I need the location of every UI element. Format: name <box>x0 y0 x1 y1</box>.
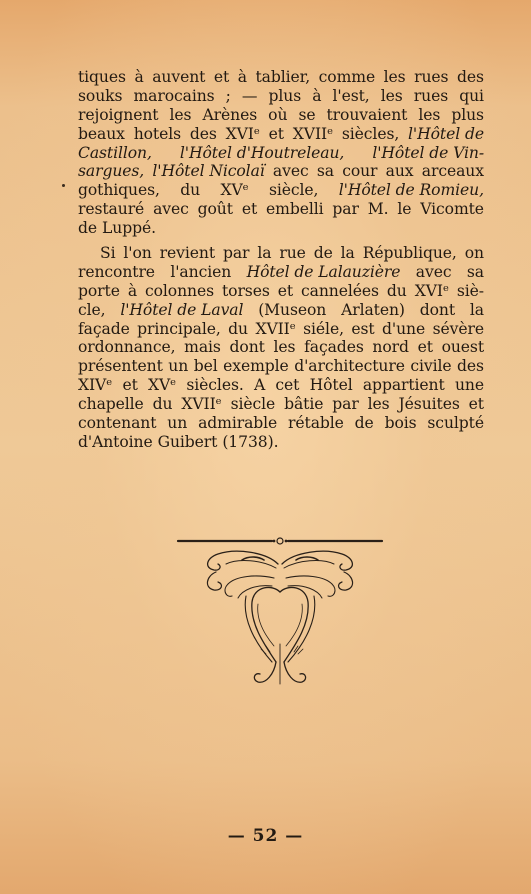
text-line: façadeprincipale,duXVIIᵉsiéle,estd'unesé… <box>78 320 484 339</box>
page-number: — 52 — <box>0 826 531 846</box>
word: sa <box>467 263 484 282</box>
word: siècle <box>231 395 276 414</box>
word: les <box>381 87 403 106</box>
word: sa <box>317 162 334 181</box>
word: Jésuites <box>399 395 460 414</box>
italic-word: Castillon, <box>78 144 152 163</box>
word: présentent <box>78 357 163 376</box>
word: un <box>167 414 187 433</box>
word: Guibert <box>158 433 218 452</box>
ink-speck <box>62 184 65 187</box>
word: Arènes <box>202 106 257 125</box>
text-line: sargues,l'Hôtel Nicolaïavecsacourauxarce… <box>78 162 484 181</box>
word: aux <box>386 162 414 181</box>
italic-word: l'Hôtel de Romieu, <box>339 181 484 200</box>
word: et <box>122 376 137 395</box>
book-page: tiquesàauventetàtablier,commelesruesdess… <box>0 0 531 894</box>
word: sculpté <box>427 414 484 433</box>
text-line: cle,l'Hôtel de Laval(MuseonArlaten)dontl… <box>78 301 484 320</box>
word: goût <box>198 200 233 219</box>
word: la <box>470 301 484 320</box>
text-line: beauxhotelsdesXVIᵉetXVIIᵉsiècles,l'Hôtel… <box>78 125 484 144</box>
text-line: rejoignentlesArènesoùsetrouvaientlesplus <box>78 106 484 125</box>
word: Luppé. <box>102 219 156 238</box>
text-line: présententunbelexempled'architecturecivi… <box>78 357 484 376</box>
word: XVIIᵉ <box>181 395 221 414</box>
word: XVᵉ <box>148 376 176 395</box>
word: tablier, <box>255 68 310 87</box>
word: embelli <box>266 200 324 219</box>
word: M. <box>368 200 389 219</box>
word: de <box>314 244 333 263</box>
word: XIVᵉ <box>78 376 112 395</box>
word: ordonnance, <box>78 338 175 357</box>
italic-word: Hôtel de Lalauzière <box>247 263 401 282</box>
italic-word: l'Hôtel de Vin- <box>372 144 484 163</box>
word: se <box>298 106 315 125</box>
word: auvent <box>152 68 205 87</box>
word: des <box>190 125 217 144</box>
italic-word: l'Hôtel de Laval <box>120 301 243 320</box>
word: mais <box>184 338 221 357</box>
paragraph: Sil'onrevientparlaruedelaRépublique,onre… <box>78 244 484 452</box>
italic-word: sargues, <box>78 162 144 181</box>
word: marocains <box>133 87 214 106</box>
word: la <box>257 244 271 263</box>
text-line: ordonnance,maisdontlesfaçadesnordetouest <box>78 338 484 357</box>
word: de <box>78 219 97 238</box>
word: qui <box>459 87 484 106</box>
word: du <box>387 282 407 301</box>
word: bâtie <box>284 395 323 414</box>
text-line: deLuppé. <box>78 219 484 238</box>
word: A <box>254 376 265 395</box>
text-line: porteàcolonnestorsesetcanneléesduXVIᵉsiè… <box>78 282 484 301</box>
word: Arlaten) <box>341 301 405 320</box>
word: à <box>312 87 321 106</box>
word: XVIIᵉ <box>255 320 295 339</box>
word: ; <box>226 87 231 106</box>
word: l'est, <box>333 87 370 106</box>
word: sévère <box>433 320 484 339</box>
word: dont <box>230 338 265 357</box>
word: et <box>242 200 257 219</box>
text-line: gothiques,duXVᵉsiècle,l'Hôtel de Romieu, <box>78 181 484 200</box>
word: souks <box>78 87 122 106</box>
word: les <box>170 106 192 125</box>
word: et <box>418 338 433 357</box>
word: façade <box>78 320 130 339</box>
word: nord <box>372 338 408 357</box>
word: d'architecture <box>294 357 405 376</box>
word: Si <box>100 244 115 263</box>
word: par <box>223 244 249 263</box>
word: plus <box>451 106 484 125</box>
word: XVIIᵉ <box>293 125 333 144</box>
word: siè- <box>457 282 484 301</box>
word: (Museon <box>258 301 326 320</box>
word: colonnes <box>145 282 214 301</box>
word: du <box>180 181 200 200</box>
word: restauré <box>78 200 144 219</box>
word: rencontre <box>78 263 155 282</box>
word: siècles, <box>342 125 399 144</box>
word: trouvaient <box>327 106 408 125</box>
italic-word: l'Hôtel d'Houtreleau, <box>180 144 344 163</box>
text-line: tiquesàauventetàtablier,commelesruesdes <box>78 68 484 87</box>
word: une <box>455 376 484 395</box>
word: des <box>457 68 484 87</box>
word: d'Antoine <box>78 433 153 452</box>
word: l'on <box>123 244 151 263</box>
body-text: tiquesàauventetàtablier,commelesruesdess… <box>78 68 484 452</box>
word: rues <box>414 87 448 106</box>
word: XVIᵉ <box>226 125 260 144</box>
word: les <box>368 395 390 414</box>
word: le <box>397 200 411 219</box>
text-line: Sil'onrevientparlaruedelaRépublique,on <box>78 244 484 263</box>
text-line: d'AntoineGuibert(1738). <box>78 433 484 452</box>
paragraph: tiquesàauventetàtablier,commelesruesdess… <box>78 68 484 238</box>
text-line: Castillon,l'Hôtel d'Houtreleau,l'Hôtel d… <box>78 144 484 163</box>
word: bel <box>194 357 218 376</box>
word: les <box>384 68 406 87</box>
text-line: restauréavecgoûtetembelliparM.leVicomte <box>78 200 484 219</box>
word: et <box>269 125 284 144</box>
word: la <box>341 244 355 263</box>
word: cannelées <box>301 282 379 301</box>
word: à <box>128 282 137 301</box>
word: XVIᵉ <box>415 282 449 301</box>
word: appartient <box>363 376 445 395</box>
word: revient <box>160 244 215 263</box>
word: contenant <box>78 414 156 433</box>
word: où <box>268 106 287 125</box>
word: à <box>238 68 247 87</box>
word: et <box>278 282 293 301</box>
word: façades <box>304 338 364 357</box>
word: avec <box>416 263 452 282</box>
text-line: XIVᵉetXVᵉsiècles.AcetHôtelappartientune <box>78 376 484 395</box>
fleuron-ornament-icon <box>176 534 384 694</box>
word: avec <box>273 162 309 181</box>
word: République, <box>363 244 457 263</box>
word: plus <box>269 87 302 106</box>
word: des <box>457 357 484 376</box>
word: un <box>168 357 188 376</box>
word: Vicomte <box>420 200 484 219</box>
italic-word: l'Hôtel Nicolaï <box>152 162 264 181</box>
word: rue <box>279 244 305 263</box>
word: et <box>469 395 484 414</box>
word: du <box>228 320 248 339</box>
word: rejoignent <box>78 106 158 125</box>
word: cour <box>342 162 377 181</box>
word: hotels <box>134 125 181 144</box>
word: — <box>242 87 258 106</box>
text-line: rencontrel'ancienHôtel de Lalauzièreavec… <box>78 263 484 282</box>
word: (1738). <box>222 433 278 452</box>
word: siècle, <box>269 181 318 200</box>
word: gothiques, <box>78 181 160 200</box>
word: beaux <box>78 125 125 144</box>
word: civile <box>410 357 451 376</box>
word: on <box>465 244 484 263</box>
word: torses <box>222 282 270 301</box>
word: les <box>274 338 296 357</box>
word: avec <box>153 200 189 219</box>
word: rétable <box>288 414 344 433</box>
word: chapelle <box>78 395 144 414</box>
word: exemple <box>223 357 289 376</box>
word: par <box>332 200 358 219</box>
text-line: contenantunadmirablerétabledeboissculpté <box>78 414 484 433</box>
word: siècles. <box>186 376 243 395</box>
word: de <box>355 414 374 433</box>
word: rues <box>414 68 448 87</box>
word: est <box>351 320 374 339</box>
word: et <box>214 68 229 87</box>
word: siéle, <box>303 320 344 339</box>
word: par <box>332 395 358 414</box>
word: dont <box>420 301 455 320</box>
text-line: souksmarocains;—plusàl'est,lesruesqui <box>78 87 484 106</box>
word: tiques <box>78 68 126 87</box>
word: ouest <box>442 338 484 357</box>
word: cet <box>275 376 299 395</box>
word: d'une <box>382 320 425 339</box>
word: admirable <box>198 414 277 433</box>
word: l'ancien <box>170 263 231 282</box>
word: à <box>134 68 143 87</box>
word: principale, <box>137 320 221 339</box>
word: cle, <box>78 301 106 320</box>
italic-word: l'Hôtel de <box>408 125 484 144</box>
word: les <box>418 106 440 125</box>
text-line: chapelleduXVIIᵉsièclebâtieparlesJésuites… <box>78 395 484 414</box>
word: du <box>153 395 173 414</box>
word: comme <box>319 68 375 87</box>
word: Hôtel <box>310 376 353 395</box>
word: porte <box>78 282 120 301</box>
word: XVᵉ <box>220 181 248 200</box>
word: bois <box>385 414 417 433</box>
word: arceaux <box>422 162 484 181</box>
